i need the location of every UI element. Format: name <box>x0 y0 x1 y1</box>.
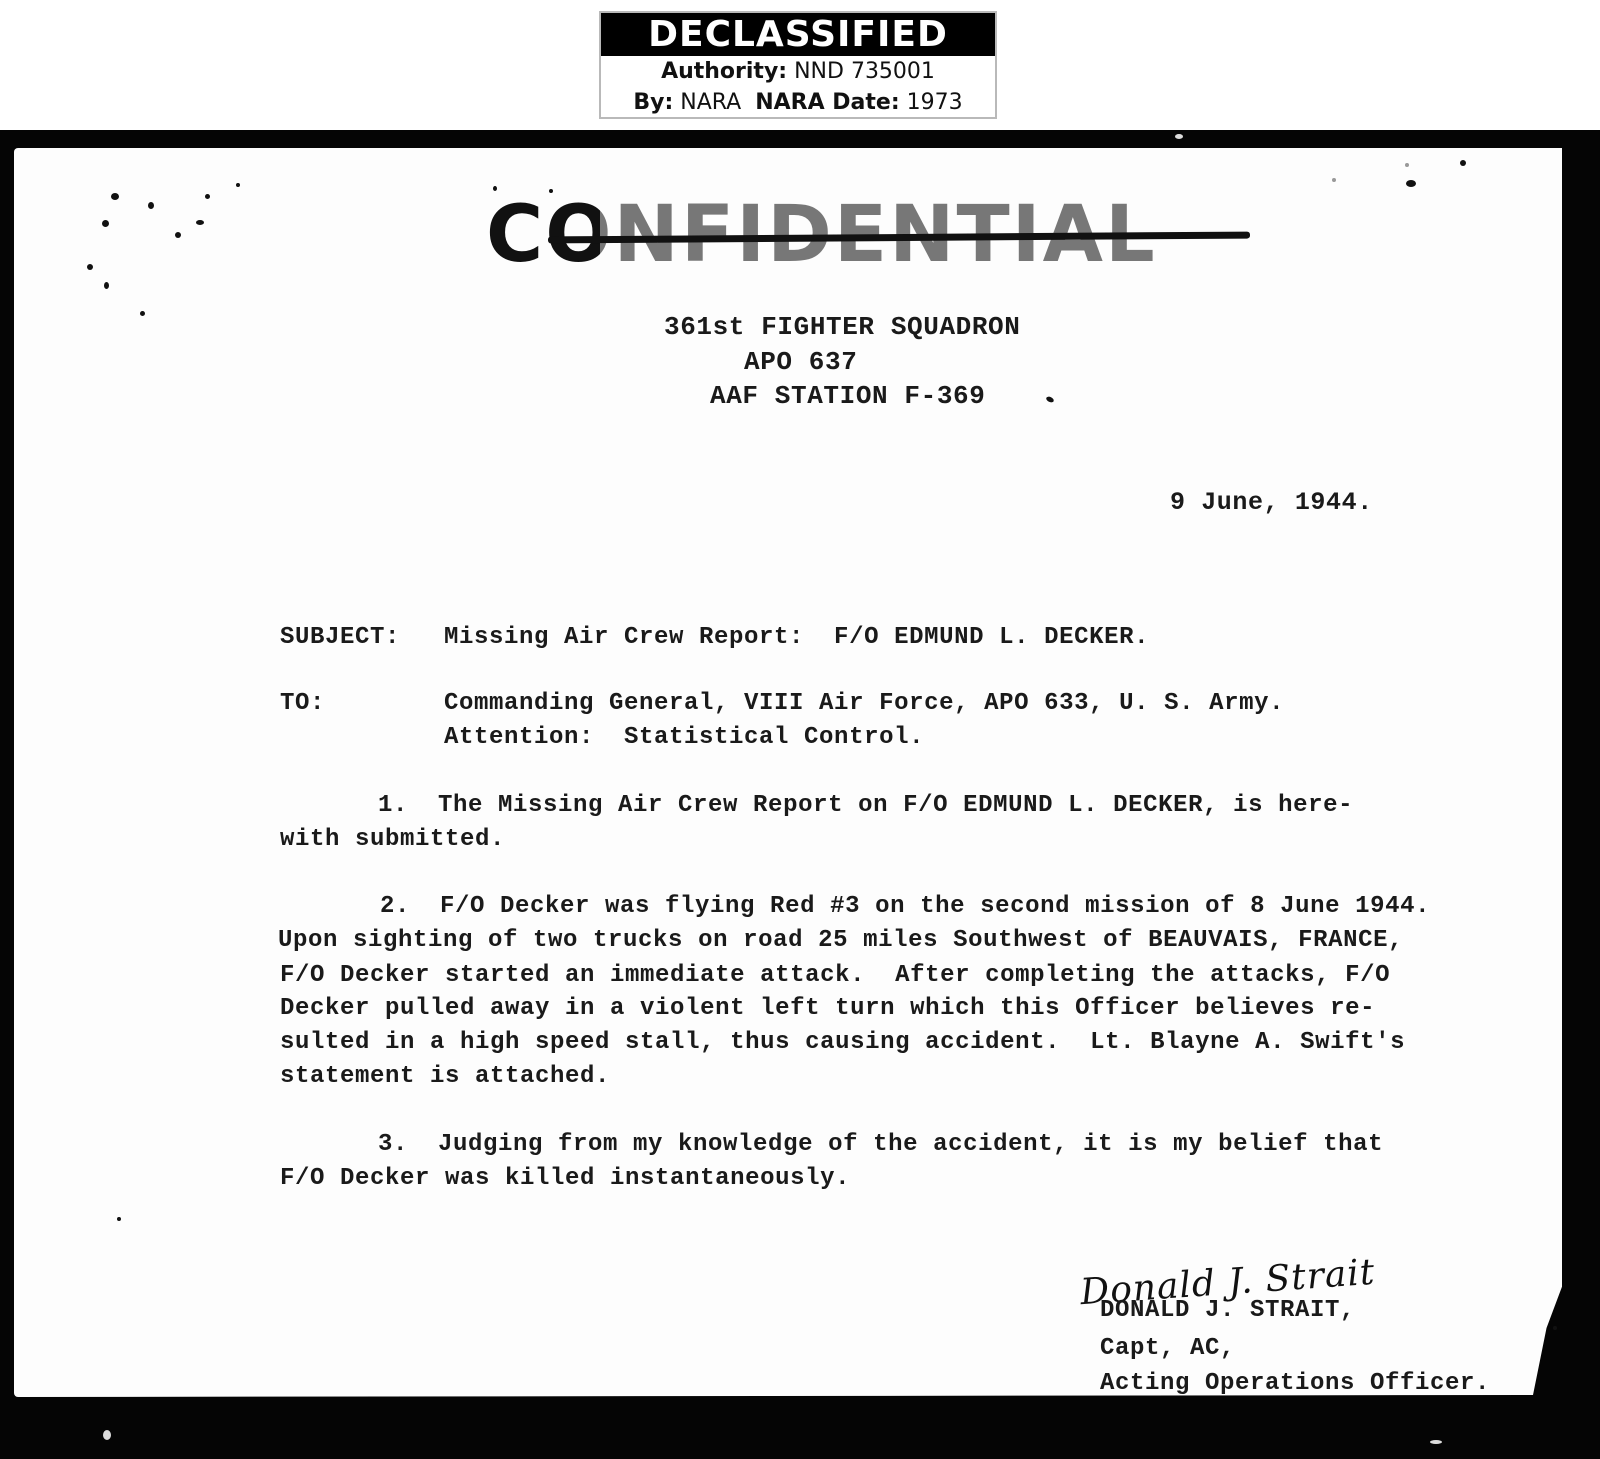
paragraph-line: F/O Decker started an immediate attack. … <box>280 962 1390 989</box>
by-date-line: By: NARA NARA Date: 1973 <box>601 87 995 118</box>
to-line-2: Attention: Statistical Control. <box>444 724 924 751</box>
paragraph-line: 1. The Missing Air Crew Report on F/O ED… <box>378 792 1353 819</box>
paragraph-line: 2. F/O Decker was flying Red #3 on the s… <box>380 893 1430 920</box>
letterhead-station: AAF STATION F-369 <box>710 381 985 411</box>
paragraph-line: 3. Judging from my knowledge of the acci… <box>378 1131 1383 1158</box>
declassified-stamp: DECLASSIFIED Authority: NND 735001 By: N… <box>599 11 997 119</box>
paragraph-line: statement is attached. <box>280 1063 610 1090</box>
paragraph-line: Upon sighting of two trucks on road 25 m… <box>278 927 1403 954</box>
signature-rank: Capt, AC, <box>1100 1335 1235 1362</box>
by-value: NARA <box>680 90 741 115</box>
authority-label: Authority: <box>661 59 787 84</box>
signature-name: DONALD J. STRAIT, <box>1100 1297 1355 1324</box>
to-line-1: Commanding General, VIII Air Force, APO … <box>444 690 1284 717</box>
to-label: TO: <box>280 690 325 717</box>
by-label: By: <box>633 90 673 115</box>
subject-label: SUBJECT: <box>280 624 400 651</box>
letterhead-unit: 361st FIGHTER SQUADRON <box>664 312 1020 342</box>
letterhead-apo: APO 637 <box>744 347 857 377</box>
date-value: 1973 <box>907 90 963 115</box>
declassified-title: DECLASSIFIED <box>601 13 995 56</box>
paragraph-line: Decker pulled away in a violent left tur… <box>280 995 1375 1022</box>
authority-line: Authority: NND 735001 <box>601 56 995 87</box>
document-date: 9 June, 1944. <box>1170 488 1373 517</box>
signature-title: Acting Operations Officer. <box>1100 1370 1490 1397</box>
paragraph-line: F/O Decker was killed instantaneously. <box>280 1165 850 1192</box>
authority-value: NND 735001 <box>794 59 935 84</box>
paragraph-line: sulted in a high speed stall, thus causi… <box>280 1029 1405 1056</box>
paragraph-line: with submitted. <box>280 826 505 853</box>
date-label: NARA Date: <box>755 90 899 115</box>
subject-text: Missing Air Crew Report: F/O EDMUND L. D… <box>444 624 1149 651</box>
